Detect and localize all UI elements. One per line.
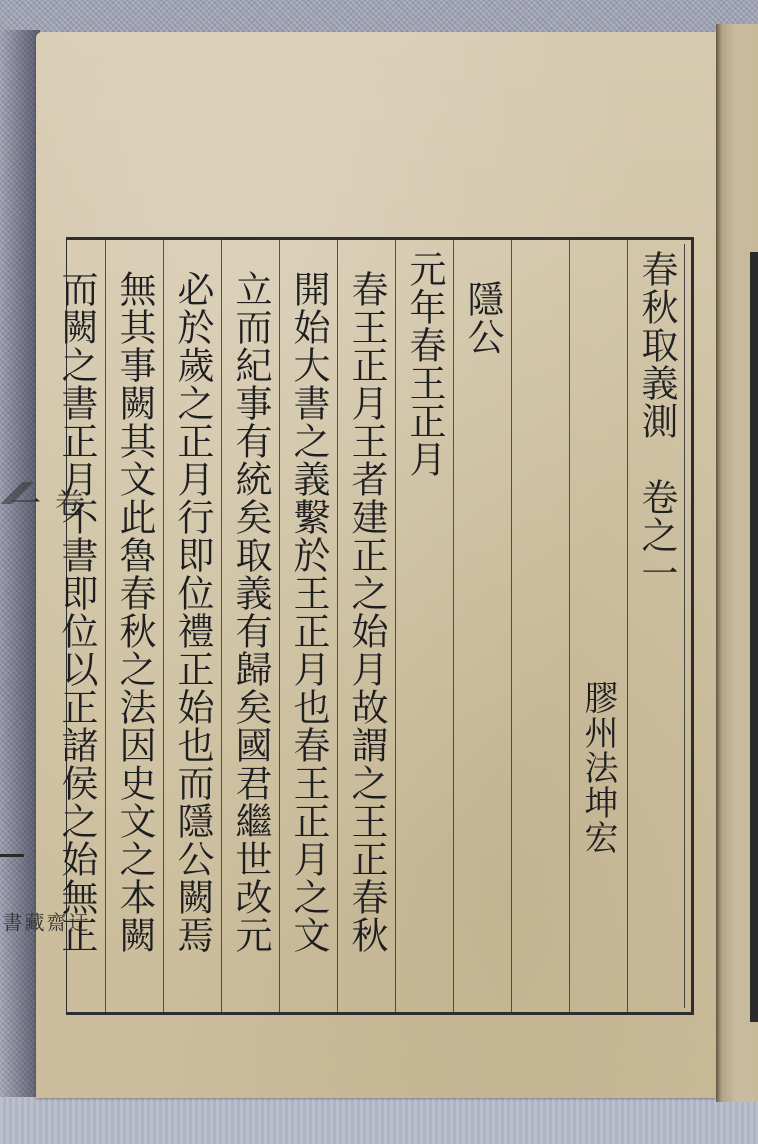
margin-page-number <box>0 854 24 857</box>
column-title: 春秋取義測 卷之一 <box>627 240 685 1012</box>
column-commentary-2: 開始大書之義繫於王正月也春王正月之文 <box>279 240 337 1012</box>
ruler-heading: 隱公 <box>454 280 511 356</box>
column-commentary-1: 春王正月王者建正之始月故謂之王正春秋 <box>337 240 395 1012</box>
author-line: 膠州法坤宏 <box>570 680 627 855</box>
book-title: 春秋取義測 卷之一 <box>628 250 685 592</box>
commentary-line: 開始大書之義繫於王正月也春王正月之文 <box>280 270 337 954</box>
commentary-line: 必於歲之正月行即位禮正始也而隱公闕焉 <box>164 270 221 954</box>
adjacent-page-edge <box>716 24 758 1102</box>
cloth-background <box>0 1097 758 1144</box>
column-classic: 元年春王正月 <box>395 240 453 1012</box>
text-frame: 春秋取義測 卷之一 膠州法坤宏 隱公 元年春王正月 春王正月王者建正之始月故謂之… <box>66 237 694 1015</box>
column-commentary-6: 而闕之書正月不書即位以正諸侯之始無正 <box>47 240 105 1012</box>
left-shadow <box>0 30 40 1100</box>
classic-text: 元年春王正月 <box>396 250 453 478</box>
book-page: 卷一 迂齋藏書 春秋取義測 卷之一 膠州法坤宏 隱公 元年春王正月 春王正月王者… <box>36 32 716 1098</box>
commentary-line: 而闕之書正月不書即位以正諸侯之始無正 <box>47 270 105 954</box>
column-commentary-4: 必於歲之正月行即位禮正始也而隱公闕焉 <box>163 240 221 1012</box>
commentary-line: 立而紀事有統矣取義有歸矣國君繼世改元 <box>222 270 279 954</box>
column-commentary-5: 無其事闕其文此魯春秋之法因史文之本闕 <box>105 240 163 1012</box>
column-ruler: 隱公 <box>453 240 511 1012</box>
column-blank <box>511 240 569 1012</box>
commentary-line: 春王正月王者建正之始月故謂之王正春秋 <box>338 270 395 954</box>
adjacent-page-border <box>750 252 758 1022</box>
column-author: 膠州法坤宏 <box>569 240 627 1012</box>
commentary-line: 無其事闕其文此魯春秋之法因史文之本闕 <box>106 270 163 954</box>
column-commentary-3: 立而紀事有統矣取義有歸矣國君繼世改元 <box>221 240 279 1012</box>
